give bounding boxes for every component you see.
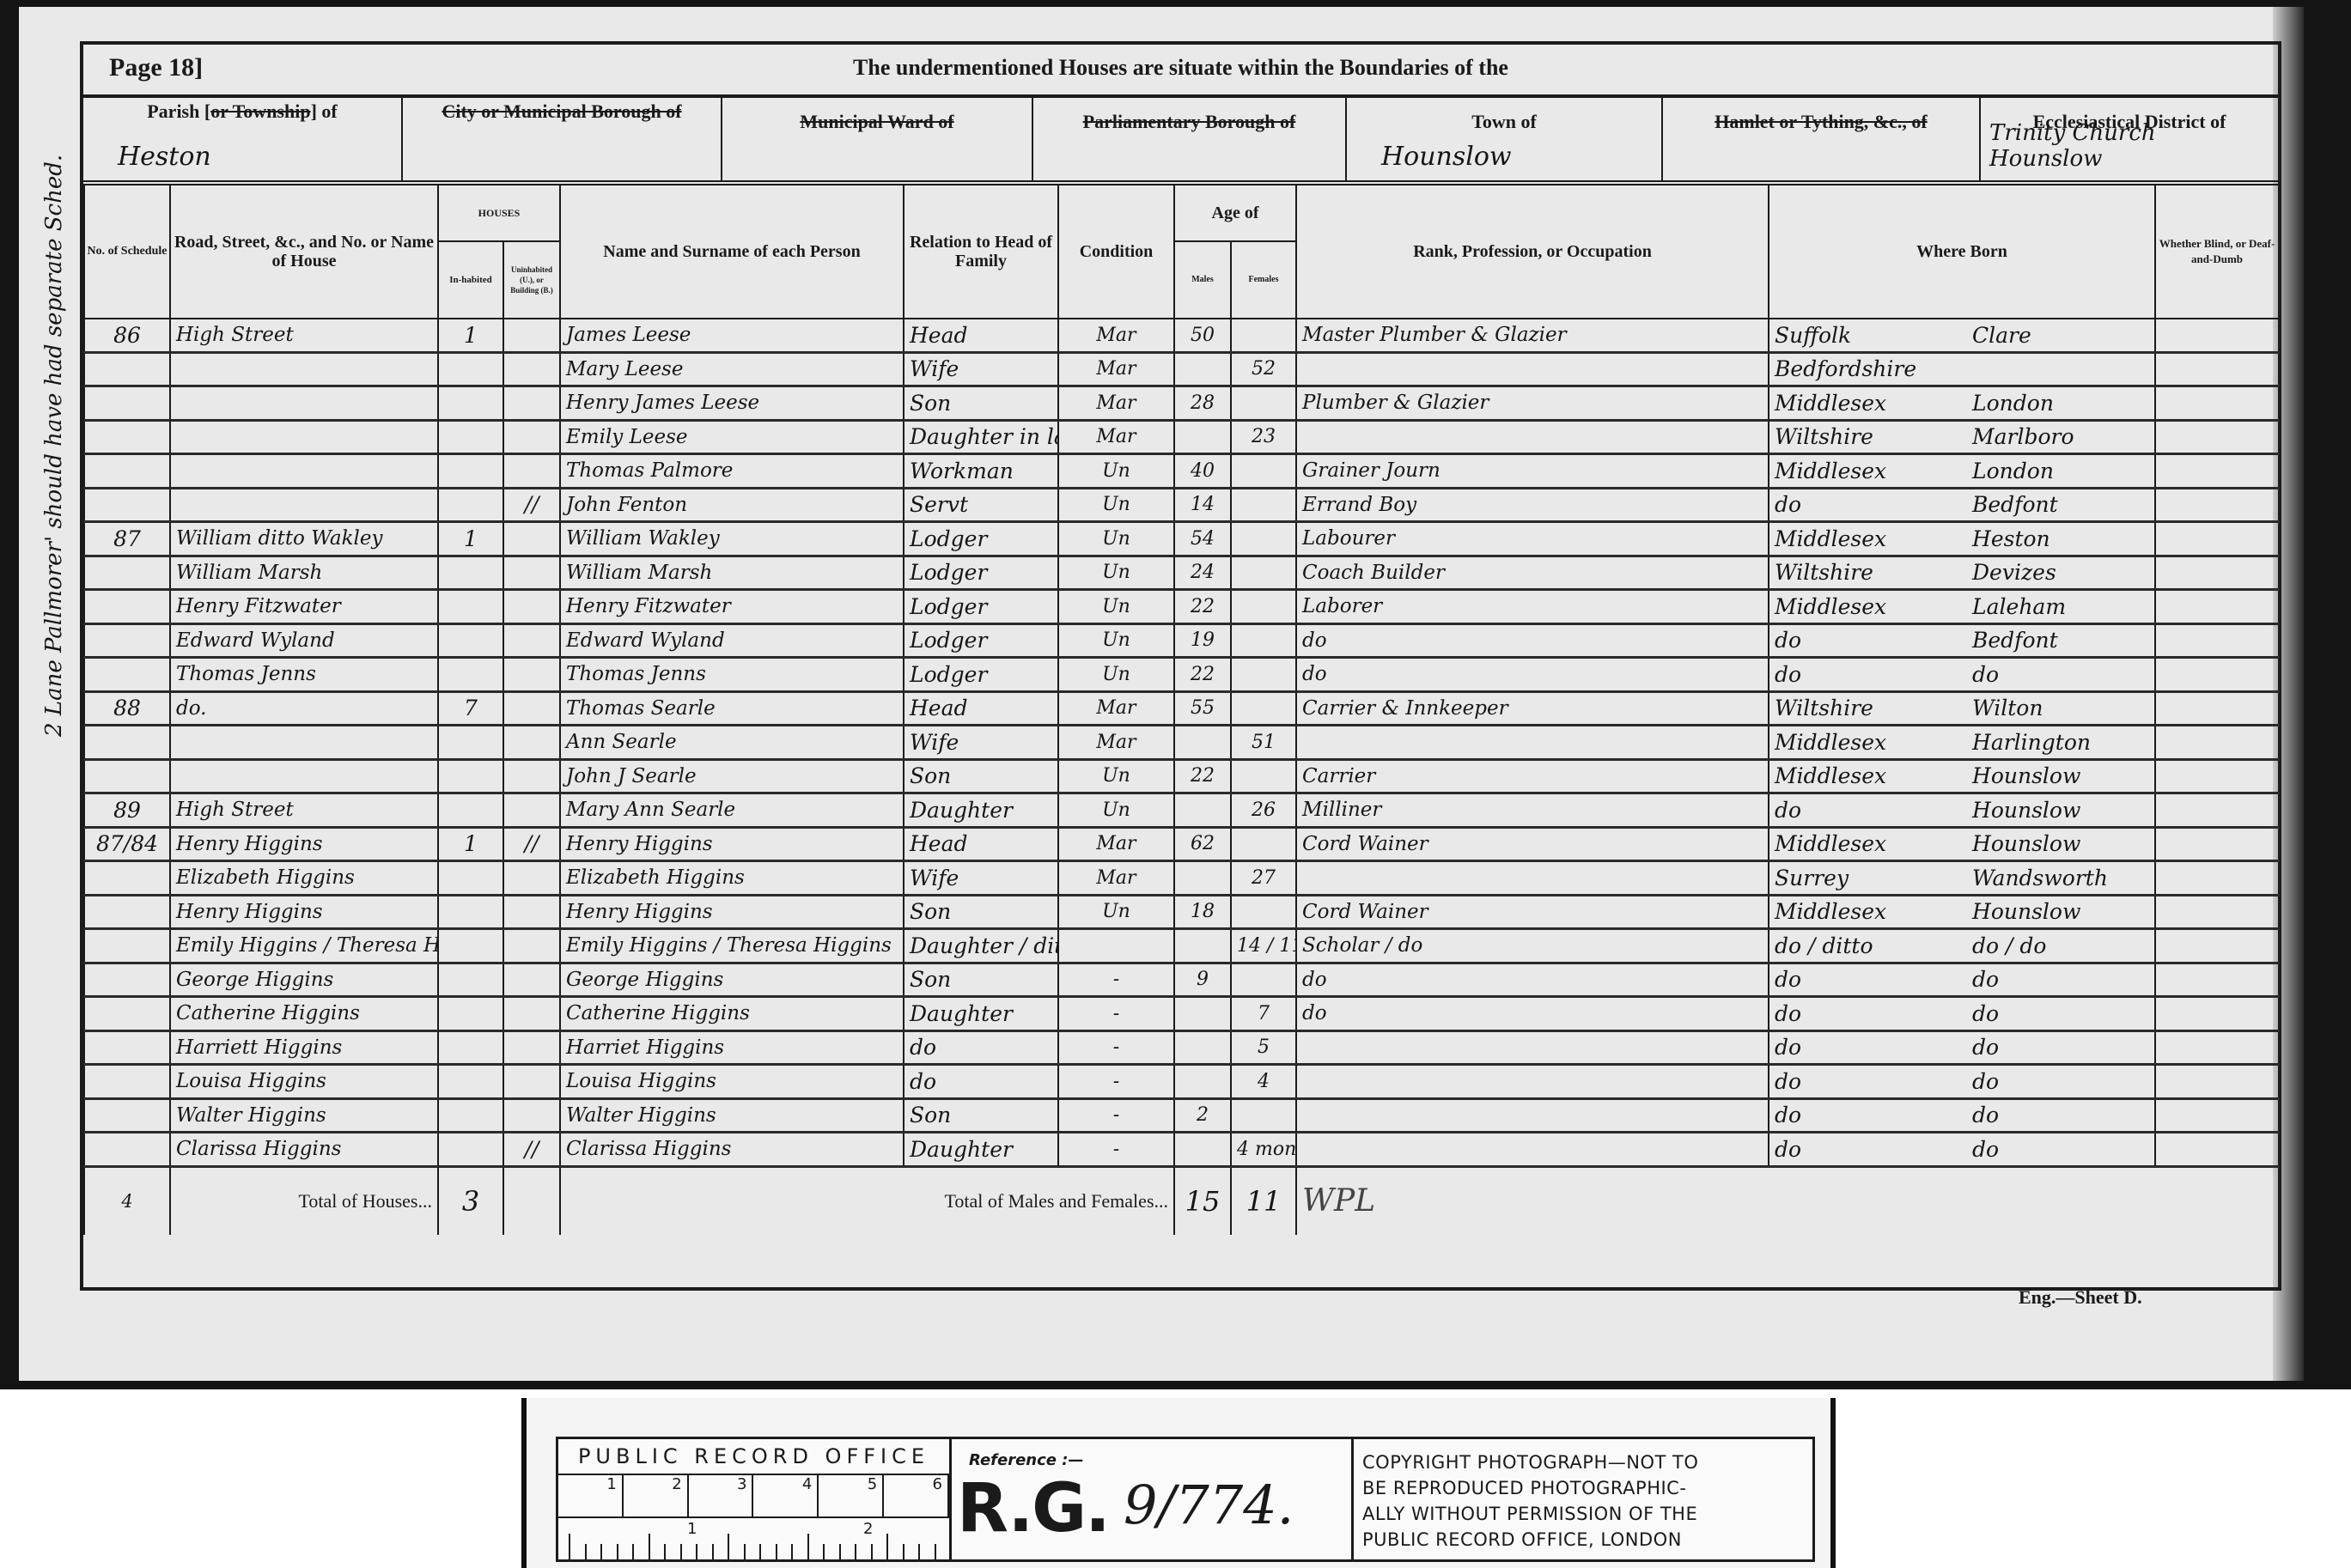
condition-cell: Un [1058,759,1174,793]
parish-value: Heston [118,142,393,172]
ruler-mark: 5 [819,1475,884,1516]
born-place: Wilton [1972,696,2043,720]
ruler-mark: 6 [884,1475,949,1516]
disability-cell [2155,1065,2279,1099]
male-age-cell [1174,929,1231,963]
form-top-band: Page 18] The undermentioned Houses are s… [83,45,2278,98]
condition-cell: Mar [1058,319,1174,352]
male-age-cell [1174,1133,1231,1167]
road-cell: Catherine Higgins [170,997,438,1031]
disability-cell [2155,929,2279,963]
total-houses-label: Total of Houses... [170,1166,438,1235]
male-age-cell: 14 [1174,488,1231,522]
born-place: Marlboro [1972,424,2074,449]
inhabited-cell [438,861,503,896]
ruler-tick [776,1544,777,1559]
name-cell: Clarissa Higgins [560,1133,904,1167]
male-age-cell [1174,997,1231,1031]
female-age-cell [1231,556,1296,590]
born-county: do [1775,492,1972,517]
born-place: do [1972,1137,1999,1162]
schedule-cell [84,1098,170,1133]
inhabited-cell [438,759,503,793]
where-born-cell: dodo [1769,963,2155,997]
ruler-tick [744,1544,746,1559]
born-place: Hounslow [1972,798,2080,823]
relation-cell: Son [904,759,1058,793]
ruler-tick [712,1544,714,1559]
male-age-cell: 62 [1174,827,1231,861]
female-age-cell [1231,1098,1296,1133]
schedule-cell: 87 [84,522,170,556]
relation-cell: Son [904,1098,1058,1133]
condition-cell: - [1058,1133,1174,1167]
occupation-cell: Carrier & Innkeeper [1296,691,1769,726]
inhabited-cell [438,793,503,828]
disability-cell [2155,556,2279,590]
name-cell: John Fenton [560,488,904,522]
road-cell: Edward Wyland [170,623,438,658]
disability-cell [2155,454,2279,489]
occupation-cell [1296,1030,1769,1065]
road-cell: Thomas Jenns [170,658,438,692]
record-office-label: PUBLIC RECORD OFFICE 1 2 3 4 5 6 1 2 Ref… [521,1398,1836,1568]
male-age-cell: 54 [1174,522,1231,556]
relation-cell: Lodger [904,590,1058,624]
occupation-cell: Cord Wainer [1296,895,1769,929]
road-cell: Henry Fitzwater [170,590,438,624]
born-place: do [1972,1035,1999,1060]
name-cell: William Wakley [560,522,904,556]
condition-cell: - [1058,1098,1174,1133]
road-cell: William Marsh [170,556,438,590]
where-born-cell: doBedfont [1769,488,2155,522]
relation-cell: Daughter [904,997,1058,1031]
where-born-cell: doBedfont [1769,623,2155,658]
occupation-cell: do [1296,658,1769,692]
ruler-tick [728,1534,729,1559]
male-age-cell: 28 [1174,386,1231,421]
schedule-cell: 87/84 [84,827,170,861]
where-born-cell: MiddlesexLondon [1769,386,2155,421]
schedule-cell [84,420,170,454]
male-age-cell [1174,793,1231,828]
disability-cell [2155,963,2279,997]
schedule-cell [84,352,170,386]
occupation-cell: Coach Builder [1296,556,1769,590]
where-born-cell: WiltshireDevizes [1769,556,2155,590]
name-cell: William Marsh [560,556,904,590]
born-county: Middlesex [1775,391,1972,416]
road-cell: High Street [170,793,438,828]
relation-cell: do [904,1065,1058,1099]
relation-cell: Wife [904,352,1058,386]
ruler-mark: 1 [558,1475,624,1516]
female-age-cell [1231,759,1296,793]
road-cell: Emily Higgins / Theresa Higgins [170,929,438,963]
disability-cell [2155,691,2279,726]
schedule-cell [84,861,170,896]
born-place: Hounslow [1972,831,2080,856]
male-age-cell: 22 [1174,759,1231,793]
road-cell [170,386,438,421]
male-age-cell: 40 [1174,454,1231,489]
table-row: Clarissa Higgins//Clarissa HigginsDaught… [84,1133,2279,1167]
ecclesiastical-district-cell: Ecclesiastical District of Trinity Churc… [1981,94,2278,180]
road-cell: High Street [170,319,438,352]
road-cell: William ditto Wakley [170,522,438,556]
condition-cell: Un [1058,556,1174,590]
schedule-cell [84,1133,170,1167]
condition-cell: Un [1058,488,1174,522]
col-where-born: Where Born [1769,185,2155,319]
born-county: Middlesex [1775,831,1972,856]
female-age-cell: 23 [1231,420,1296,454]
road-cell: Louisa Higgins [170,1065,438,1099]
female-age-cell [1231,623,1296,658]
male-age-cell [1174,1030,1231,1065]
ruler-number: 2 [863,1520,873,1538]
condition-cell: Un [1058,590,1174,624]
where-born-cell: dodo [1769,658,2155,692]
disability-cell [2155,895,2279,929]
schedule-cell [84,556,170,590]
table-row: Catherine HigginsCatherine HigginsDaught… [84,997,2279,1031]
table-row: 88do.7Thomas SearleHeadMar55Carrier & In… [84,691,2279,726]
where-born-cell: MiddlesexHounslow [1769,827,2155,861]
schedule-cell [84,488,170,522]
relation-cell: Lodger [904,522,1058,556]
inhabited-cell [438,726,503,760]
parliamentary-borough-label: Parliamentary Borough of [1033,112,1345,132]
road-cell [170,726,438,760]
born-county: do [1775,1103,1972,1127]
female-age-cell [1231,827,1296,861]
tick-ruler: 1 2 [558,1518,949,1559]
reference-number: 9/774. [1124,1474,1294,1536]
ruler-tick [585,1544,587,1559]
relation-cell: Wife [904,726,1058,760]
inhabited-cell: 1 [438,827,503,861]
occupation-cell [1296,1133,1769,1167]
sheet-label: Eng.—Sheet D. [2019,1286,2142,1309]
census-table: No. of Schedule Road, Street, &c., and N… [83,185,2280,1235]
schedule-cell: 88 [84,691,170,726]
occupation-cell: Scholar / do [1296,929,1769,963]
table-row: George HigginsGeorge HigginsSon-9dododo [84,963,2279,997]
schedule-cell [84,726,170,760]
born-place: do [1972,1069,1999,1094]
relation-cell: Servt [904,488,1058,522]
table-row: Elizabeth HigginsElizabeth HigginsWifeMa… [84,861,2279,896]
municipal-ward-cell: Municipal Ward of [722,94,1033,180]
occupation-cell: Plumber & Glazier [1296,386,1769,421]
road-cell [170,759,438,793]
born-place: do [1972,967,1999,992]
name-cell: Catherine Higgins [560,997,904,1031]
name-cell: Thomas Jenns [560,658,904,692]
female-age-cell [1231,522,1296,556]
name-cell: Mary Ann Searle [560,793,904,828]
male-age-cell: 2 [1174,1098,1231,1133]
disability-cell [2155,319,2279,352]
schedule-cell [84,386,170,421]
inhabited-cell: 1 [438,522,503,556]
relation-cell: Daughter in law [904,420,1058,454]
col-name: Name and Surname of each Person [560,185,904,319]
occupation-cell [1296,1098,1769,1133]
name-cell: Harriet Higgins [560,1030,904,1065]
parliamentary-borough-cell: Parliamentary Borough of [1033,94,1347,180]
male-age-cell: 19 [1174,623,1231,658]
uninhabited-cell: // [503,488,560,522]
name-cell: Henry James Leese [560,386,904,421]
ruler-tick [759,1544,761,1559]
table-row: Emily Higgins / Theresa HigginsEmily Hig… [84,929,2279,963]
born-county: do / ditto [1775,933,1972,958]
name-cell: Thomas Searle [560,691,904,726]
inhabited-cell [438,488,503,522]
col-males: Males [1174,241,1231,319]
total-persons-label: Total of Males and Females... [560,1166,1174,1235]
born-county: Suffolk [1775,323,1972,348]
road-cell: Harriett Higgins [170,1030,438,1065]
female-age-cell [1231,895,1296,929]
town-label: Town of [1347,112,1661,132]
uninhabited-cell [503,556,560,590]
road-cell: Henry Higgins [170,895,438,929]
uninhabited-cell [503,963,560,997]
occupation-cell: Carrier [1296,759,1769,793]
relation-cell: Lodger [904,556,1058,590]
born-place: Bedfont [1972,492,2058,517]
uninhabited-cell: // [503,827,560,861]
uninhabited-cell [503,1065,560,1099]
census-form: Page 18] The undermentioned Houses are s… [80,41,2281,1291]
where-born-cell: do / dittodo / do [1769,929,2155,963]
uninhabited-cell [503,590,560,624]
census-rows: 86High Street1James LeeseHeadMar50Master… [84,319,2279,1166]
inhabited-cell [438,386,503,421]
name-cell: John J Searle [560,759,904,793]
relation-cell: Son [904,895,1058,929]
name-cell: Emily Higgins / Theresa Higgins [560,929,904,963]
condition-cell: Un [1058,522,1174,556]
name-cell: Henry Higgins [560,827,904,861]
uninhabited-cell [503,861,560,896]
born-place: Laleham [1972,594,2066,619]
uninhabited-cell [503,386,560,421]
name-cell: Henry Fitzwater [560,590,904,624]
where-born-cell: MiddlesexHounslow [1769,759,2155,793]
relation-cell: Head [904,691,1058,726]
relation-cell: Lodger [904,623,1058,658]
copyright-line: ALLY WITHOUT PERMISSION OF THE [1362,1501,1804,1527]
ruler-tick [649,1534,650,1559]
record-office-frame: PUBLIC RECORD OFFICE 1 2 3 4 5 6 1 2 Ref… [556,1437,1815,1562]
schedule-cell [84,590,170,624]
relation-cell: Daughter [904,793,1058,828]
location-header-row: Parish [or Township] of Heston City or M… [83,94,2278,185]
born-place: Hounslow [1972,899,2080,924]
inch-ruler: 1 2 3 4 5 6 [558,1475,949,1518]
where-born-cell: MiddlesexHeston [1769,522,2155,556]
born-county: do [1775,628,1972,653]
ruler-mark: 3 [689,1475,754,1516]
born-place: Devizes [1972,560,2056,585]
schedule-cell [84,895,170,929]
disability-cell [2155,726,2279,760]
form-banner: The undermentioned Houses are situate wi… [83,55,2278,81]
parish-cell: Parish [or Township] of Heston [83,94,403,180]
born-county: do [1775,1035,1972,1060]
name-cell: Edward Wyland [560,623,904,658]
female-age-cell [1231,386,1296,421]
ruler-tick [791,1544,793,1559]
uninhabited-cell: // [503,1133,560,1167]
table-row: 87William ditto Wakley1William WakleyLod… [84,522,2279,556]
uninhabited-cell [503,1098,560,1133]
municipal-borough-cell: City or Municipal Borough of [403,94,722,180]
male-age-cell [1174,726,1231,760]
col-disability: Whether Blind, or Deaf-and-Dumb [2155,185,2279,319]
ruler-tick [886,1534,888,1559]
where-born-cell: dodo [1769,997,2155,1031]
occupation-cell: Milliner [1296,793,1769,828]
male-age-cell [1174,861,1231,896]
uninhabited-cell [503,1030,560,1065]
uninhabited-cell [503,319,560,352]
name-cell: Thomas Palmore [560,454,904,489]
inhabited-cell [438,420,503,454]
town-cell: Town of Hounslow [1347,94,1663,180]
condition-cell: Un [1058,623,1174,658]
ruler-tick [855,1544,856,1559]
condition-cell: Un [1058,895,1174,929]
schedule-cell [84,658,170,692]
inhabited-cell [438,895,503,929]
disability-cell [2155,793,2279,828]
inhabited-cell [438,623,503,658]
disability-cell [2155,352,2279,386]
condition-cell: - [1058,1030,1174,1065]
town-value: Hounslow [1381,142,1653,172]
condition-cell: Mar [1058,386,1174,421]
born-place: London [1972,459,2054,483]
inhabited-cell [438,929,503,963]
born-county: Wiltshire [1775,424,1972,449]
table-row: Henry FitzwaterHenry FitzwaterLodgerUn22… [84,590,2279,624]
hamlet-label: Hamlet or Tything, &c., of [1663,112,1979,132]
disability-cell [2155,1133,2279,1167]
schedule-cell [84,623,170,658]
female-age-cell: 4 [1231,1065,1296,1099]
born-place: Bedfont [1972,628,2058,653]
where-born-cell: MiddlesexHarlington [1769,726,2155,760]
female-age-cell: 26 [1231,793,1296,828]
table-row: Edward WylandEdward WylandLodgerUn19dodo… [84,623,2279,658]
road-cell: Henry Higgins [170,827,438,861]
record-office-title: PUBLIC RECORD OFFICE [558,1439,949,1475]
ruler-tick [935,1544,936,1559]
disability-cell [2155,386,2279,421]
enumerator-initials: WPL [1296,1166,2279,1235]
inhabited-cell [438,658,503,692]
born-county: Bedfordshire [1775,356,1972,381]
copyright-line: BE REPRODUCED PHOTOGRAPHIC- [1362,1475,1804,1501]
uninhabited-cell [503,759,560,793]
relation-cell: Lodger [904,658,1058,692]
male-age-cell: 9 [1174,963,1231,997]
table-row: William MarshWilliam MarshLodgerUn24Coac… [84,556,2279,590]
table-row: Emily LeeseDaughter in lawMar23Wiltshire… [84,420,2279,454]
condition-cell: Mar [1058,827,1174,861]
uninhabited-cell [503,522,560,556]
born-place: do [1972,1001,1999,1026]
female-age-cell [1231,488,1296,522]
born-county: do [1775,662,1972,687]
uninhabited-cell [503,352,560,386]
where-born-cell: Bedfordshire [1769,352,2155,386]
female-age-cell: 51 [1231,726,1296,760]
relation-cell: Head [904,827,1058,861]
occupation-cell: Laborer [1296,590,1769,624]
born-county: Wiltshire [1775,696,1972,720]
condition-cell: Un [1058,658,1174,692]
uninhabited-cell [503,895,560,929]
inhabited-cell [438,963,503,997]
born-place: Wandsworth [1972,866,2108,890]
road-cell: Walter Higgins [170,1098,438,1133]
occupation-cell: do [1296,963,1769,997]
born-county: Surrey [1775,866,1972,890]
uninhabited-cell [503,793,560,828]
occupation-cell [1296,420,1769,454]
inhabited-cell [438,454,503,489]
disability-cell [2155,488,2279,522]
total-males: 15 [1174,1166,1231,1235]
reference-label: Reference :— [969,1451,1083,1469]
col-relation: Relation to Head of Family [904,185,1058,319]
road-cell: Clarissa Higgins [170,1133,438,1167]
ruler-tick [632,1544,634,1559]
road-cell: do. [170,691,438,726]
female-age-cell [1231,658,1296,692]
relation-cell: Daughter [904,1133,1058,1167]
ruler-tick [871,1544,873,1559]
where-born-cell: dodo [1769,1133,2155,1167]
occupation-cell [1296,1065,1769,1099]
disability-cell [2155,623,2279,658]
born-county: do [1775,1001,1972,1026]
condition-cell: Un [1058,793,1174,828]
male-age-cell: 22 [1174,658,1231,692]
disability-cell [2155,590,2279,624]
total-houses: 3 [438,1166,503,1235]
col-uninhabited: Uninhabited (U.), or Building (B.) [503,241,560,319]
born-place: do [1972,1103,1999,1127]
male-age-cell: 55 [1174,691,1231,726]
name-cell: Mary Leese [560,352,904,386]
col-age: Age of [1174,185,1296,241]
total-uninhabited [503,1166,560,1235]
total-schedules: 4 [84,1166,170,1235]
uninhabited-cell [503,929,560,963]
relation-cell: Daughter / ditto [904,929,1058,963]
male-age-cell: 22 [1174,590,1231,624]
female-age-cell [1231,319,1296,352]
inhabited-cell: 1 [438,319,503,352]
